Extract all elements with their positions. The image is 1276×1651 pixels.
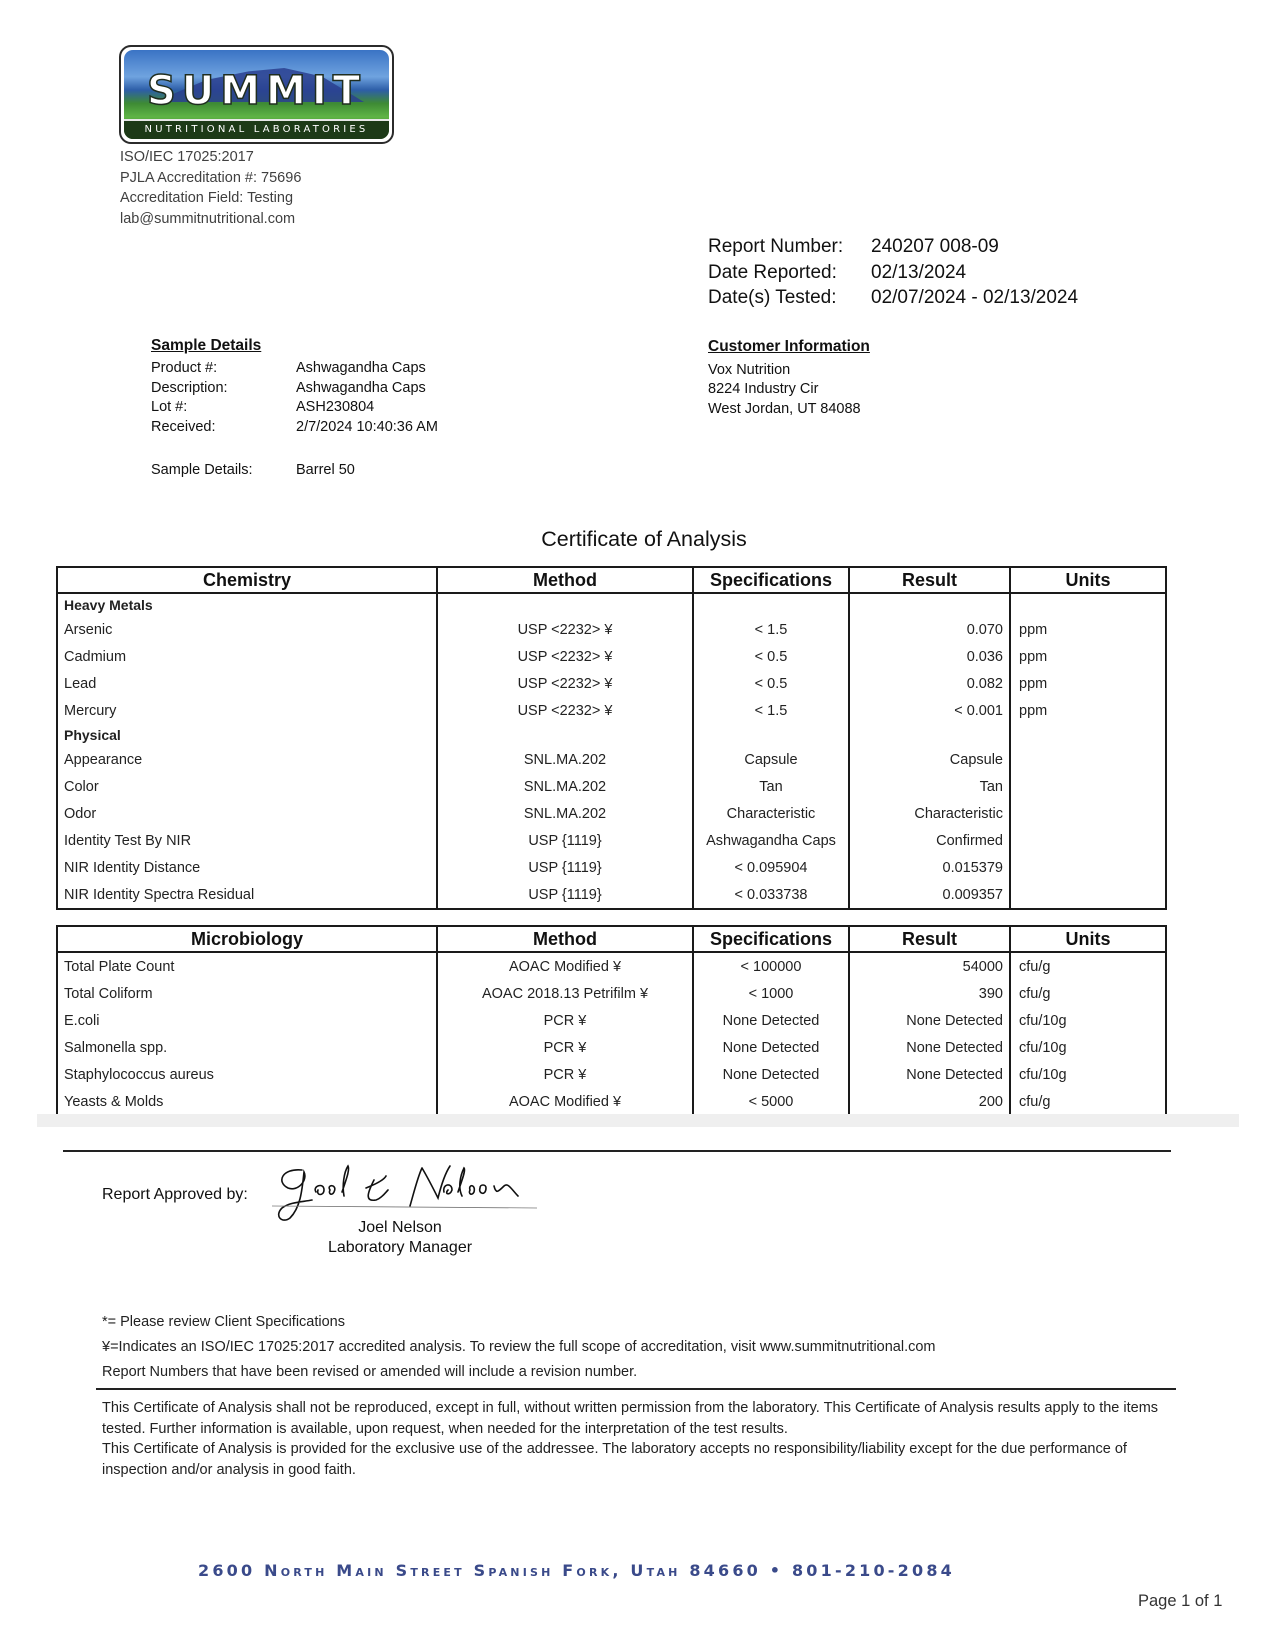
page-number: Page 1 of 1: [1138, 1592, 1222, 1611]
analyte-name: Staphylococcus aureus: [57, 1061, 437, 1088]
logo-image: SUMMIT NUTRITIONAL LABORATORIES: [124, 50, 389, 139]
report-notes: *= Please review Client Specifications ¥…: [102, 1310, 936, 1385]
specification: Ashwagandha Caps: [693, 827, 849, 854]
units: cfu/10g: [1010, 1061, 1166, 1088]
col-header-method: Method: [437, 926, 693, 952]
table-row: CadmiumUSP <2232> ¥< 0.50.036ppm: [57, 643, 1166, 670]
table-row: LeadUSP <2232> ¥< 0.50.082ppm: [57, 670, 1166, 697]
units: cfu/10g: [1010, 1007, 1166, 1034]
approved-by-label: Report Approved by:: [102, 1186, 248, 1204]
result: 0.082: [849, 670, 1010, 697]
units: [1010, 854, 1166, 881]
method: SNL.MA.202: [437, 800, 693, 827]
result: 0.070: [849, 616, 1010, 643]
specification: < 1.5: [693, 697, 849, 724]
customer-heading: Customer Information: [708, 337, 870, 357]
field-label: Sample Details:: [151, 461, 296, 481]
method: USP <2232> ¥: [437, 697, 693, 724]
result: None Detected: [849, 1034, 1010, 1061]
sample-details-heading: Sample Details: [151, 337, 438, 355]
accreditation-info: ISO/IEC 17025:2017 PJLA Accreditation #:…: [120, 147, 301, 229]
table-row: Salmonella spp.PCR ¥None DetectedNone De…: [57, 1034, 1166, 1061]
method: SNL.MA.202: [437, 746, 693, 773]
specification: < 100000: [693, 952, 849, 980]
analyte-name: Salmonella spp.: [57, 1034, 437, 1061]
field-label: Description:: [151, 379, 296, 399]
received-date: 2/7/2024 10:40:36 AM: [296, 418, 438, 438]
method: AOAC Modified ¥: [437, 952, 693, 980]
analyte-name: Cadmium: [57, 643, 437, 670]
analyte-name: NIR Identity Distance: [57, 854, 437, 881]
dates-tested: 02/07/2024 - 02/13/2024: [871, 285, 1078, 311]
table-row: Yeasts & MoldsAOAC Modified ¥< 5000200cf…: [57, 1088, 1166, 1116]
specification: < 1000: [693, 980, 849, 1007]
empty-cell: [849, 724, 1010, 746]
analyte-name: Mercury: [57, 697, 437, 724]
specification: None Detected: [693, 1061, 849, 1088]
certificate-title: Certificate of Analysis: [0, 527, 1276, 552]
analyte-name: Identity Test By NIR: [57, 827, 437, 854]
units: [1010, 800, 1166, 827]
approver-name: Joel Nelson: [290, 1218, 510, 1238]
analyte-name: Total Plate Count: [57, 952, 437, 980]
signature-icon: [272, 1162, 537, 1224]
method: SNL.MA.202: [437, 773, 693, 800]
sample-details: Sample Details Product #:Ashwagandha Cap…: [151, 337, 438, 481]
method: USP {1119}: [437, 881, 693, 909]
col-header-specifications: Specifications: [693, 926, 849, 952]
specification: None Detected: [693, 1007, 849, 1034]
col-header-units: Units: [1010, 926, 1166, 952]
method: USP {1119}: [437, 827, 693, 854]
chemistry-rows: Heavy MetalsArsenicUSP <2232> ¥< 1.50.07…: [57, 593, 1166, 909]
method: USP <2232> ¥: [437, 643, 693, 670]
units: ppm: [1010, 670, 1166, 697]
method: USP {1119}: [437, 854, 693, 881]
method: USP <2232> ¥: [437, 616, 693, 643]
empty-cell: [849, 593, 1010, 616]
result: None Detected: [849, 1007, 1010, 1034]
result: Tan: [849, 773, 1010, 800]
lab-email: lab@summitnutritional.com: [120, 209, 301, 230]
accreditation-field: Accreditation Field: Testing: [120, 188, 301, 209]
empty-cell: [437, 724, 693, 746]
units: cfu/10g: [1010, 1034, 1166, 1061]
table-row: Identity Test By NIRUSP {1119}Ashwagandh…: [57, 827, 1166, 854]
customer-city: West Jordan, UT 84088: [708, 400, 870, 420]
analyte-name: NIR Identity Spectra Residual: [57, 881, 437, 909]
specification: None Detected: [693, 1034, 849, 1061]
microbiology-table: Microbiology Method Specifications Resul…: [56, 925, 1167, 1117]
method: PCR ¥: [437, 1034, 693, 1061]
group-label: Physical: [57, 724, 437, 746]
iso-standard: ISO/IEC 17025:2017: [120, 147, 301, 168]
empty-cell: [1010, 593, 1166, 616]
specification: < 0.5: [693, 670, 849, 697]
report-number-label: Report Number:: [708, 234, 871, 260]
approver: Joel Nelson Laboratory Manager: [290, 1218, 510, 1257]
customer-information: Customer Information Vox Nutrition 8224 …: [708, 337, 870, 419]
col-header-microbiology: Microbiology: [57, 926, 437, 952]
microbiology-rows: Total Plate CountAOAC Modified ¥< 100000…: [57, 952, 1166, 1116]
analyte-name: Color: [57, 773, 437, 800]
result: 0.036: [849, 643, 1010, 670]
dates-tested-label: Date(s) Tested:: [708, 285, 871, 311]
method: AOAC Modified ¥: [437, 1088, 693, 1116]
chemistry-table: Chemistry Method Specifications Result U…: [56, 566, 1167, 910]
table-row: E.coliPCR ¥None DetectedNone Detectedcfu…: [57, 1007, 1166, 1034]
logo-wordmark: SUMMIT: [124, 68, 389, 114]
field-label: Lot #:: [151, 398, 296, 418]
note-client-specs: *= Please review Client Specifications: [102, 1310, 936, 1335]
method: AOAC 2018.13 Petrifilm ¥: [437, 980, 693, 1007]
specification: < 0.033738: [693, 881, 849, 909]
method: USP <2232> ¥: [437, 670, 693, 697]
report-metadata: Report Number:240207 008-09 Date Reporte…: [708, 234, 1078, 311]
disclaimer-liability: This Certificate of Analysis is provided…: [102, 1439, 1172, 1480]
date-reported: 02/13/2024: [871, 260, 966, 286]
specification: < 0.095904: [693, 854, 849, 881]
units: cfu/g: [1010, 952, 1166, 980]
report-number: 240207 008-09: [871, 234, 999, 260]
specification: < 5000: [693, 1088, 849, 1116]
specification: Capsule: [693, 746, 849, 773]
empty-cell: [437, 593, 693, 616]
col-header-units: Units: [1010, 567, 1166, 593]
analyte-name: E.coli: [57, 1007, 437, 1034]
method: PCR ¥: [437, 1007, 693, 1034]
method: PCR ¥: [437, 1061, 693, 1088]
customer-name: Vox Nutrition: [708, 361, 870, 381]
result: Characteristic: [849, 800, 1010, 827]
analyte-name: Total Coliform: [57, 980, 437, 1007]
table-row: ColorSNL.MA.202TanTan: [57, 773, 1166, 800]
disclaimer: This Certificate of Analysis shall not b…: [102, 1398, 1172, 1480]
units: [1010, 827, 1166, 854]
customer-street: 8224 Industry Cir: [708, 380, 870, 400]
empty-cell: [693, 593, 849, 616]
field-label: Product #:: [151, 359, 296, 379]
specification: Tan: [693, 773, 849, 800]
table-row: AppearanceSNL.MA.202CapsuleCapsule: [57, 746, 1166, 773]
note-revisions: Report Numbers that have been revised or…: [102, 1360, 936, 1385]
divider-line: [96, 1388, 1176, 1390]
units: cfu/g: [1010, 1088, 1166, 1116]
divider-line: [63, 1150, 1171, 1152]
sample-details-value: Barrel 50: [296, 461, 355, 481]
analyte-name: Yeasts & Molds: [57, 1088, 437, 1116]
specification: Characteristic: [693, 800, 849, 827]
col-header-result: Result: [849, 567, 1010, 593]
result: 200: [849, 1088, 1010, 1116]
analyte-name: Lead: [57, 670, 437, 697]
lot-number: ASH230804: [296, 398, 374, 418]
units: cfu/g: [1010, 980, 1166, 1007]
result: 54000: [849, 952, 1010, 980]
date-reported-label: Date Reported:: [708, 260, 871, 286]
group-row: Heavy Metals: [57, 593, 1166, 616]
table-row: ArsenicUSP <2232> ¥< 1.50.070ppm: [57, 616, 1166, 643]
result: < 0.001: [849, 697, 1010, 724]
result: None Detected: [849, 1061, 1010, 1088]
table-row: OdorSNL.MA.202CharacteristicCharacterist…: [57, 800, 1166, 827]
table-row: Staphylococcus aureusPCR ¥None DetectedN…: [57, 1061, 1166, 1088]
divider-band: [37, 1114, 1239, 1127]
units: ppm: [1010, 697, 1166, 724]
units: ppm: [1010, 616, 1166, 643]
summit-logo: SUMMIT NUTRITIONAL LABORATORIES: [119, 45, 394, 144]
units: ppm: [1010, 643, 1166, 670]
group-row: Physical: [57, 724, 1166, 746]
result: 0.015379: [849, 854, 1010, 881]
approver-title: Laboratory Manager: [290, 1238, 510, 1258]
lab-address: 2600 North Main Street Spanish Fork, Uta…: [198, 1561, 955, 1580]
col-header-result: Result: [849, 926, 1010, 952]
units: [1010, 881, 1166, 909]
note-accredited-analysis: ¥=Indicates an ISO/IEC 17025:2017 accred…: [102, 1335, 936, 1360]
result: Confirmed: [849, 827, 1010, 854]
units: [1010, 773, 1166, 800]
table-row: NIR Identity Spectra ResidualUSP {1119}<…: [57, 881, 1166, 909]
product-number: Ashwagandha Caps: [296, 359, 426, 379]
table-row: Total Plate CountAOAC Modified ¥< 100000…: [57, 952, 1166, 980]
col-header-chemistry: Chemistry: [57, 567, 437, 593]
pjla-number: PJLA Accreditation #: 75696: [120, 168, 301, 189]
col-header-specifications: Specifications: [693, 567, 849, 593]
table-row: Total ColiformAOAC 2018.13 Petrifilm ¥< …: [57, 980, 1166, 1007]
field-label: Received:: [151, 418, 296, 438]
table-row: NIR Identity DistanceUSP {1119}< 0.09590…: [57, 854, 1166, 881]
result: 0.009357: [849, 881, 1010, 909]
table-row: MercuryUSP <2232> ¥< 1.5< 0.001ppm: [57, 697, 1166, 724]
disclaimer-reproduction: This Certificate of Analysis shall not b…: [102, 1398, 1172, 1439]
analyte-name: Odor: [57, 800, 437, 827]
logo-tagline: NUTRITIONAL LABORATORIES: [124, 119, 389, 139]
specification: < 0.5: [693, 643, 849, 670]
result: Capsule: [849, 746, 1010, 773]
empty-cell: [1010, 724, 1166, 746]
description: Ashwagandha Caps: [296, 379, 426, 399]
specification: < 1.5: [693, 616, 849, 643]
group-label: Heavy Metals: [57, 593, 437, 616]
result: 390: [849, 980, 1010, 1007]
analyte-name: Arsenic: [57, 616, 437, 643]
units: [1010, 746, 1166, 773]
empty-cell: [693, 724, 849, 746]
col-header-method: Method: [437, 567, 693, 593]
analyte-name: Appearance: [57, 746, 437, 773]
